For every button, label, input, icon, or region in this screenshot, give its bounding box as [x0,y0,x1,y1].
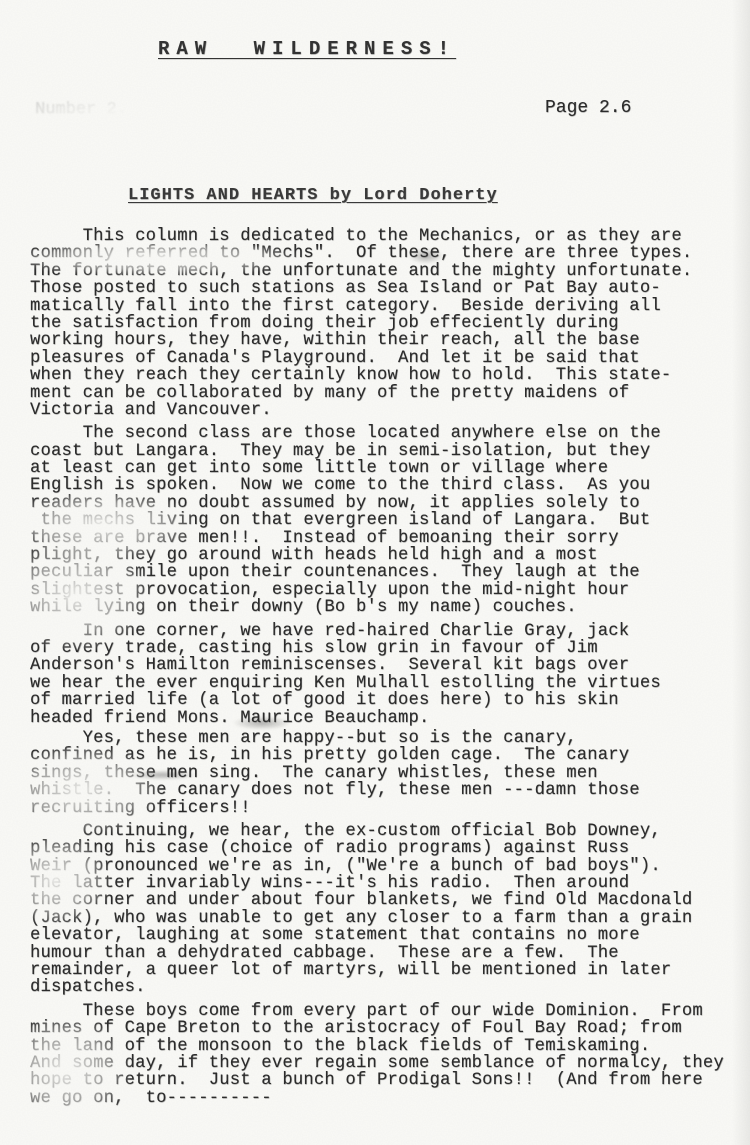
paragraph-dominion-closing: These boys come from every part of our w… [30,1003,730,1107]
text-line: ment can be collaborated by many of the … [30,385,730,402]
text-line: at least can get into some little town o… [30,460,730,477]
text-line: working hours, they have, within their r… [30,332,730,349]
text-line: commonly referred to "Mechs". Of these, … [30,245,730,262]
text-line: Weir (pronounced we're as in, ("We're a … [30,858,730,875]
text-line: (Jack), who was unable to get any closer… [30,910,730,927]
text-line: the mechs living on that evergreen islan… [30,512,730,529]
text-line: when they reach they certainly know how … [30,367,730,384]
text-line: Victoria and Vancouver. [30,402,730,419]
text-line: remainder, a queer lot of martyrs, will … [30,962,730,979]
text-line: Anderson's Hamilton reminiscenses. Sever… [30,657,730,674]
text-line: plight, they go around with heads held h… [30,547,730,564]
text-line: dispatches. [30,979,730,996]
text-line: confined as he is, in his pretty golden … [30,747,730,764]
paragraph-mechanics-intro: This column is dedicated to the Mechanic… [30,228,730,419]
text-line: slightest provocation, especially upon t… [30,582,730,599]
text-line: of every trade, casting his slow grin in… [30,640,730,657]
text-line: readers have no doubt assumed by now, it… [30,495,730,512]
text-line: elevator, laughing at some statement tha… [30,927,730,944]
text-line: peculiar smile upon their countenances. … [30,564,730,581]
text-line: The second class are those located anywh… [30,425,730,442]
text-line: sings, these men sing. The canary whistl… [30,765,730,782]
scan-edge-shading [732,0,750,1145]
text-line: recruiting officers!! [30,800,730,817]
text-line: the satisfaction from doing their job ef… [30,315,730,332]
text-line: headed friend Mons. Maurice Beauchamp. [30,710,730,727]
text-line: pleasures of Canada's Playground. And le… [30,350,730,367]
text-line: English is spoken. Now we come to the th… [30,477,730,494]
text-line: Those posted to such stations as Sea Isl… [30,280,730,297]
text-line: hope to return. Just a bunch of Prodigal… [30,1072,730,1089]
text-line: while lying on their downy (Bo b's my na… [30,599,730,616]
text-line: whistle. The canary does not fly, these … [30,782,730,799]
paragraph-radio-macdonald: Continuing, we hear, the ex-custom offic… [30,823,730,997]
text-line: coast but Langara. They may be in semi-i… [30,443,730,460]
text-line: the corner and under about four blankets… [30,892,730,909]
text-line: humour than a dehydrated cabbage. These … [30,945,730,962]
text-line: The fortunate mech, the unfortunate and … [30,263,730,280]
text-line: In one corner, we have red-haired Charli… [30,623,730,640]
text-line: we go on, to---------- [30,1090,730,1107]
text-line: The latter invariably wins---it's his ra… [30,875,730,892]
text-line: Yes, these men are happy--but so is the … [30,730,730,747]
page-number-label: Page 2.6 [545,98,631,118]
text-line: Continuing, we hear, the ex-custom offic… [30,823,730,840]
text-line: these are brave men!!. Instead of bemoan… [30,530,730,547]
text-line: matically fall into the first category. … [30,298,730,315]
paragraph-one-corner: In one corner, we have red-haired Charli… [30,623,730,727]
scanned-document-page: RAW WILDERNESS! Number 2. Page 2.6 LIGHT… [0,0,750,1145]
article-heading: LIGHTS AND HEARTS by Lord Doherty [128,186,498,205]
text-line: This column is dedicated to the Mechanic… [30,228,730,245]
text-line: we hear the ever enquiring Ken Mulhall e… [30,675,730,692]
issue-number-label: Number 2. [35,100,127,119]
newsletter-masthead-title: RAW WILDERNESS! [158,38,456,60]
paragraph-canary: Yes, these men are happy--but so is the … [30,730,730,817]
text-line: mines of Cape Breton to the aristocracy … [30,1020,730,1037]
text-line: These boys come from every part of our w… [30,1003,730,1020]
text-line: of married life (a lot of good it does h… [30,692,730,709]
paragraph-second-third-class: The second class are those located anywh… [30,425,730,616]
article-body: This column is dedicated to the Mechanic… [30,228,730,1113]
text-line: pleading his case (choice of radio progr… [30,840,730,857]
text-line: And some day, if they ever regain some s… [30,1055,730,1072]
text-line: the land of the monsoon to the black fie… [30,1038,730,1055]
